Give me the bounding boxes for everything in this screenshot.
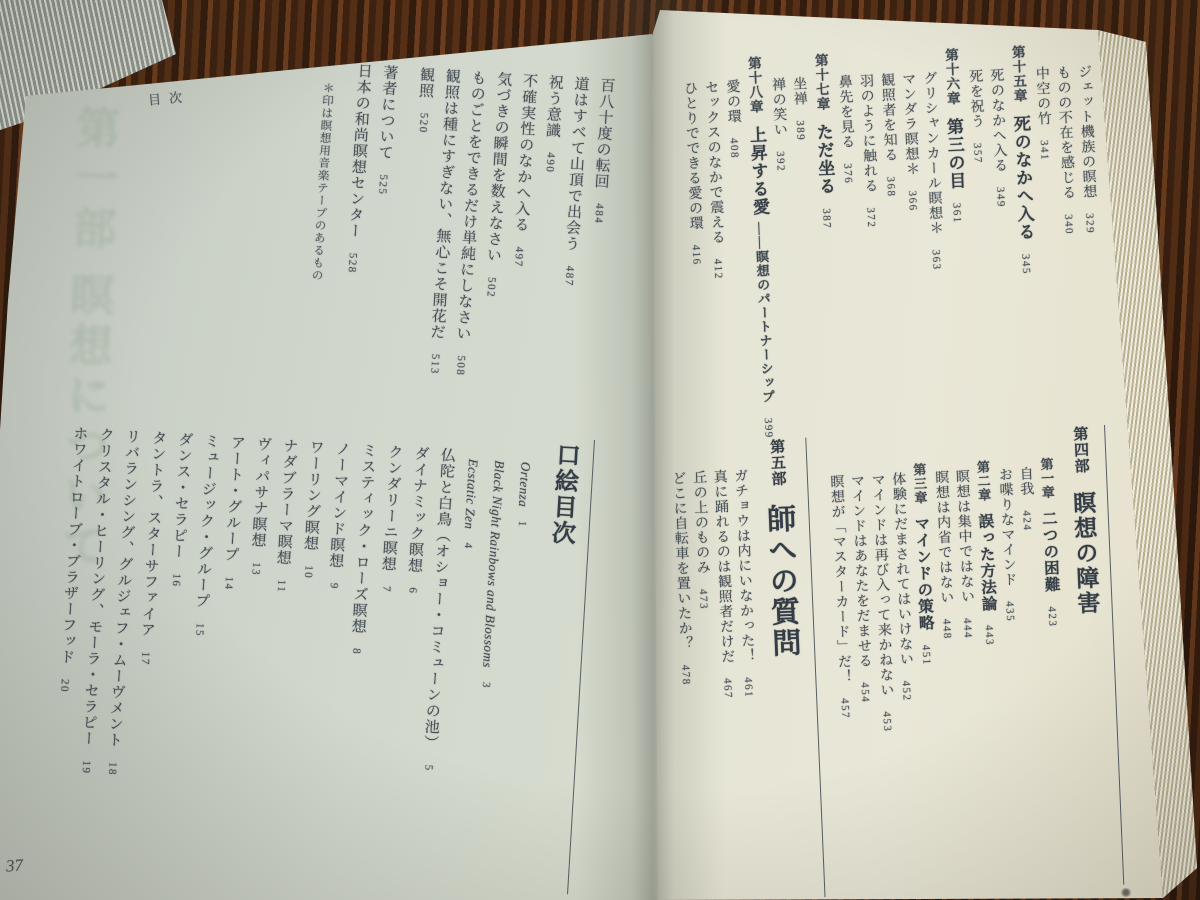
entry-page-ref: 363 (930, 249, 943, 270)
entry-title: 誤った方法論 (976, 512, 997, 612)
entry-page-ref: 513 (428, 353, 441, 375)
entry-title: 瞑想は集中ではない (954, 469, 975, 605)
entry-title: 死のなかへ入る (988, 68, 1007, 174)
entry-page-ref: 372 (864, 207, 877, 228)
entry-page-ref: 508 (454, 355, 467, 377)
entry-page-ref: 387 (820, 208, 833, 229)
entry-page-ref: 454 (858, 682, 871, 703)
entry-title: 中空の竹 (1034, 66, 1051, 127)
entry-title: 第三の目 (944, 117, 966, 190)
entry-page-ref: 443 (983, 625, 996, 646)
entry-page-ref: 329 (1083, 212, 1096, 233)
page-number: 37 (5, 855, 23, 876)
entry-page-ref: 366 (906, 190, 919, 211)
entry-page-ref: 5 (422, 764, 434, 772)
entry-title: どこに自転車を置いたか？ (670, 471, 693, 651)
entry-page-ref: 435 (1003, 600, 1016, 621)
entry-page-ref: 6 (406, 587, 418, 595)
entry-page-ref: 13 (249, 562, 262, 577)
entry-page-ref: 423 (1046, 606, 1059, 627)
entry-title: マンダラ瞑想＊ (900, 71, 919, 177)
book-spread-photo: 第一部 瞑想について 目次 37 ジェット機族の瞑想 329 ものの不在を感じる… (0, 0, 1200, 900)
entry-title: 上昇する愛 (747, 125, 770, 216)
part-number: 第四部 (1071, 426, 1089, 475)
entry-page-ref: 389 (794, 119, 807, 140)
entry-page-ref: 368 (884, 176, 897, 197)
entry-page-ref: 8 (350, 648, 362, 656)
entry-page-ref: 502 (484, 276, 497, 298)
entry-title: 鼻先を見る (837, 74, 855, 150)
right-page-toc-top: ジェット機族の瞑想 329 ものの不在を感じる 340 中空の竹 341 第十五… (650, 42, 1106, 460)
entry-page-ref: 487 (563, 265, 576, 287)
entry-title: タントラ、スターサファイア (138, 430, 166, 639)
entry-page-ref: 457 (838, 697, 851, 718)
entry-page-ref: 451 (920, 644, 933, 665)
entry-title: 道はすべて山頂で出会う (563, 76, 589, 253)
entry-page-ref: 392 (774, 150, 787, 171)
entry-title: 瞑想は内省ではない (933, 470, 954, 606)
entry-page-ref: 424 (1020, 510, 1033, 531)
entry-title: 日本の和尚瞑想センター (346, 63, 372, 240)
entry-title: ナダブラーマ瞑想 (274, 437, 298, 566)
entry-page-ref: 7 (380, 585, 392, 593)
entry-title: 体験にだまされてはいけない (890, 471, 913, 666)
entry-page-ref: 349 (994, 186, 1007, 207)
entry-page-ref: 3 (480, 681, 492, 689)
entry-page-ref: 14 (222, 576, 235, 591)
entry-title: ひとりでできる愛の環 (682, 81, 703, 231)
entry-title: 死を祝う (967, 69, 984, 130)
chapter-number: 第一章 (1038, 457, 1055, 500)
entry-page-ref: 11 (275, 579, 288, 593)
entry-title: マインドの策略 (912, 515, 934, 631)
chapter-number: 第十七章 (812, 53, 829, 112)
entry-title: Ortenza (516, 462, 534, 508)
entry-title: ミュージック・グループ (193, 433, 219, 610)
entry-title: セックスのなかで震える (703, 80, 725, 245)
entry-page-ref: 416 (690, 244, 703, 265)
entry-page-ref: 16 (170, 573, 183, 588)
entry-page-ref: 357 (971, 142, 984, 163)
entry-page-ref: 15 (193, 622, 206, 637)
ink-smudge (1120, 888, 1132, 897)
entry-page-ref: 399 (762, 417, 775, 438)
entry-page-ref: 341 (1038, 139, 1051, 160)
entry-page-ref: 448 (940, 618, 953, 639)
entry-title: お喋りなマインド (997, 467, 1017, 588)
entry-page-ref: 361 (950, 202, 963, 223)
entry-title: ものの不在を感じる (1055, 65, 1076, 201)
entry-title: マインドはあなたをだませる (849, 473, 872, 668)
entry-title: アート・グループ (222, 434, 246, 563)
chapter-number: 第十八章 (746, 56, 763, 115)
chapter-number: 第十六章 (943, 48, 960, 107)
entry-title: 不確実性のなかへ入る (512, 72, 537, 233)
entry-title: 観照者を知る (879, 72, 898, 163)
entry-page-ref: 18 (106, 761, 119, 776)
right-page-toc-parts: 第四部 瞑想の障害 第一章 二つの困難 423 自我 424 お喋りなマインド (655, 425, 1124, 900)
entry-title: ダイナミック瞑想 (406, 445, 430, 574)
entry-title: ガチョウは内にいなかった！ (732, 468, 755, 663)
entry-page-ref: 19 (80, 760, 93, 775)
entry-page-ref: 9 (328, 582, 340, 590)
entry-title: 祝う意識 (544, 74, 564, 139)
entry-page-ref: 452 (900, 680, 913, 701)
entry-page-ref: 20 (58, 678, 71, 693)
entry-title: 自我 (1017, 466, 1033, 497)
entry-page-ref: 467 (721, 677, 734, 698)
entry-page-ref: 340 (1062, 213, 1075, 234)
entry-page-ref: 453 (880, 711, 893, 732)
entry-page-ref: 497 (512, 246, 525, 268)
entry-title: 気づきの瞬間を数えなさい (484, 71, 511, 264)
entry-title: 愛の環 (724, 79, 741, 125)
entry-title: 羽のように触れる (858, 73, 878, 194)
chapter-number: 第三章 (911, 463, 928, 506)
frontispiece-index: 口絵目次 Ortenza 1 Black Night Rainbows and … (49, 409, 595, 894)
entry-title: ワーリング瞑想 (302, 439, 325, 552)
entry-page-ref: 4 (462, 543, 474, 551)
entry-page-ref: 1 (516, 521, 528, 529)
entry-page-ref: 473 (697, 588, 710, 609)
entry-page-ref: 376 (841, 163, 854, 184)
entry-title: 禅の笑い (770, 77, 787, 138)
entry-page-ref: 478 (679, 664, 692, 685)
entry-title: ダンス・セラピー (169, 431, 193, 560)
entry-title: ヴィパサナ瞑想 (249, 436, 272, 549)
entry-title: 二つの困難 (1040, 510, 1060, 593)
entry-page-ref: 461 (742, 676, 755, 697)
entry-page-ref: 408 (728, 137, 741, 158)
entry-title: Ecstatic Zen (462, 458, 481, 529)
entry-title: ノーマインド瞑想 (327, 441, 351, 570)
entry-title: クンダリーニ瞑想 (379, 444, 403, 573)
part-title: 師への質問 (763, 503, 801, 659)
entry-title: 坐禅 (791, 76, 807, 107)
entry-subtitle: ――瞑想のパートナーシップ (753, 222, 776, 404)
entry-title: 真に踊れるのは観照者だけだ (711, 469, 734, 664)
entry-title: 観照 (417, 66, 435, 99)
entry-page-ref: 528 (346, 252, 359, 274)
entry-title: 著者について (376, 64, 398, 161)
entry-title: 丘の上のものみ (691, 470, 710, 576)
entry-page-ref: 525 (376, 174, 389, 196)
entry-title: 瞑想が「マスターカード」だ！ (828, 474, 852, 684)
chapter-number: 第二章 (975, 460, 992, 503)
entry-page-ref: 490 (543, 152, 556, 174)
entry-page-ref: 345 (1019, 254, 1032, 275)
entry-page-ref: 520 (417, 112, 430, 134)
running-head: 目次 (147, 86, 191, 109)
entry-title: ただ坐る (813, 122, 835, 195)
entry-page-ref: 484 (592, 203, 605, 225)
entry-page-ref: 10 (302, 565, 315, 580)
entry-title: ミスティック・ローズ瞑想 (349, 442, 376, 635)
entry-title: グリシャンカール瞑想＊ (921, 70, 943, 235)
entry-title: 死のなかへ入る (1010, 114, 1034, 241)
part-number: 第五部 (768, 438, 786, 487)
part-title: 瞑想の障害 (1070, 490, 1100, 616)
entry-page-ref: 412 (711, 258, 724, 279)
part5-heading: 第五部 師への質問 (756, 438, 825, 900)
chapter-number: 第十五章 (1010, 45, 1027, 104)
entry-title: Black Night Rainbows and Blossoms (480, 460, 507, 668)
entry-page-ref: 17 (139, 651, 152, 666)
entry-page-ref: 444 (961, 617, 974, 638)
entry-title: ＊印は瞑想用音楽テープのあるもの (310, 82, 334, 282)
